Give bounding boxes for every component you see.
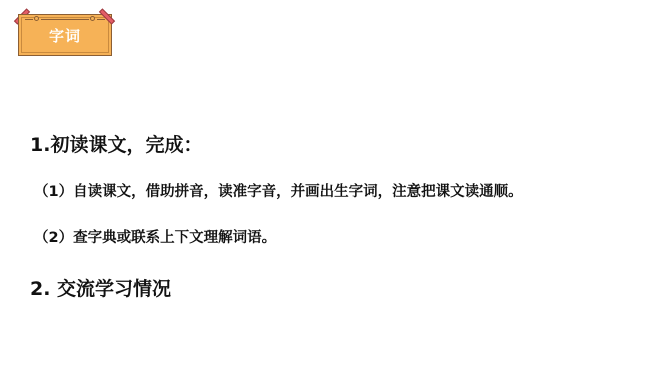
banner-line-middle — [41, 19, 89, 20]
list-item-2: （2）查字典或联系上下文理解词语。 — [34, 228, 276, 248]
list-item-1: （1）自读课文，借助拼音，读准字音，并画出生字词，注意把课文读通顺。 — [34, 182, 523, 202]
section-heading-2: 2. 交流学习情况 — [30, 277, 171, 301]
banner-dot-left-icon — [34, 16, 39, 21]
banner-dot-right-icon — [90, 16, 95, 21]
banner-title: 字词 — [19, 26, 111, 46]
section-banner: 字词 — [18, 14, 112, 56]
banner-line-left — [25, 19, 33, 20]
banner-line-right — [97, 19, 105, 20]
section-heading-1: 1.初读课文，完成： — [30, 133, 202, 157]
